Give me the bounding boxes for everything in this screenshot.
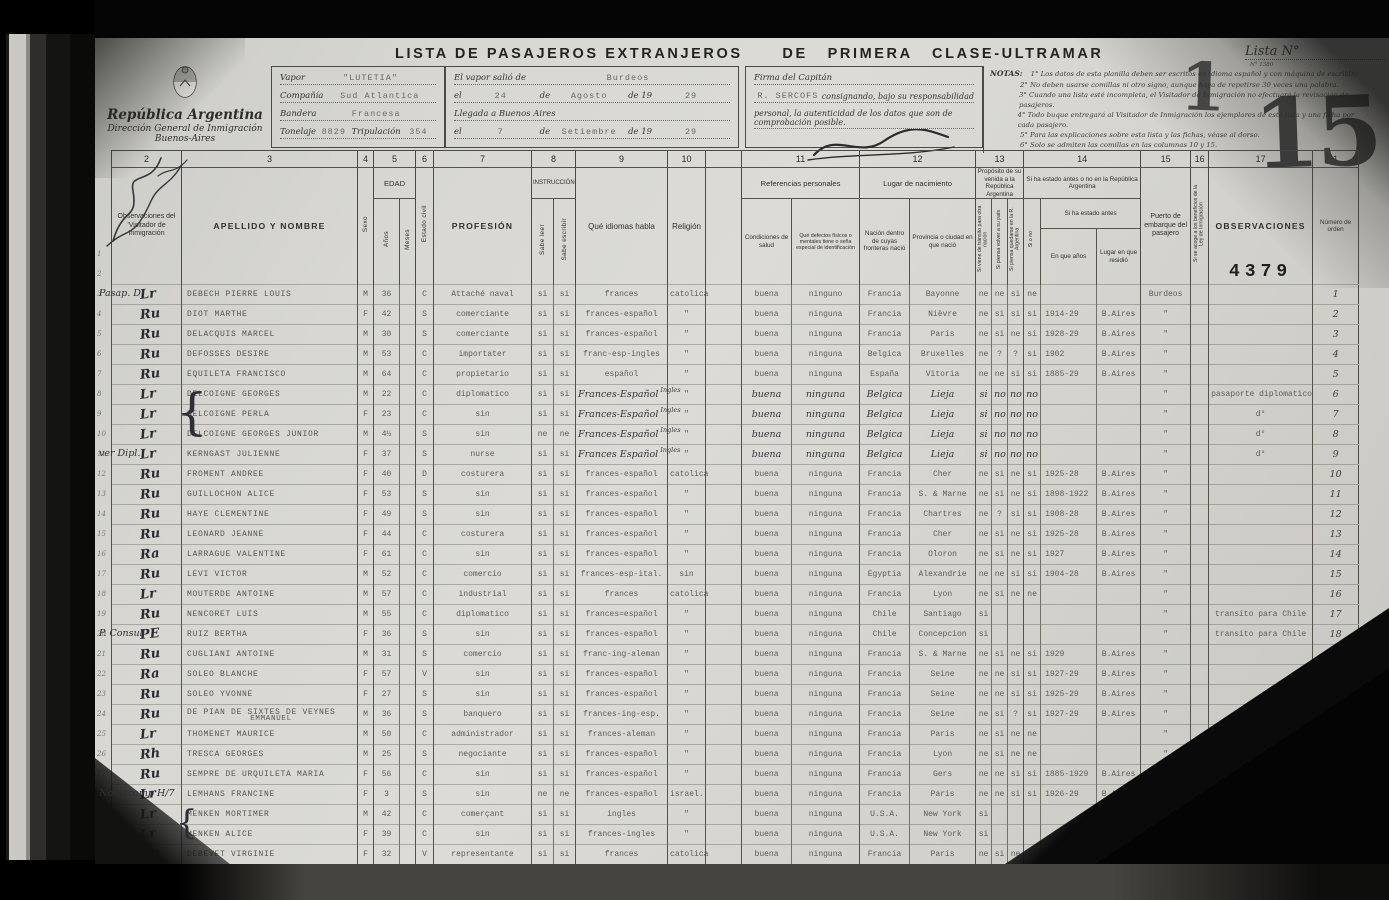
cell-anios: [1041, 285, 1097, 305]
cell-nac: Belgica: [860, 425, 910, 445]
cell-sex: F: [358, 485, 374, 505]
cell-b: ne: [992, 285, 1008, 305]
cell-prov: Paris: [910, 325, 976, 345]
cell-lee: si: [532, 645, 554, 665]
cell-ord: [1313, 785, 1359, 805]
cell-name: DELCOIGNE GEORGES JUNIOR: [182, 425, 358, 445]
cell-obs: [1209, 525, 1313, 545]
cell-mark: Ru: [112, 325, 182, 345]
cell-sex: F: [358, 685, 374, 705]
cell-mark: Ru: [112, 605, 182, 625]
cell-b: [992, 625, 1008, 645]
cell-d14: si: [1024, 785, 1041, 805]
cell-a: ne: [976, 565, 992, 585]
cell-idi: frances-español: [576, 465, 668, 485]
cell-idi: frances-esp-ital.: [576, 565, 668, 585]
cell-sex: F: [358, 845, 374, 865]
cell-c16: [1191, 405, 1209, 425]
cell-name: DEBECH PIERRE LOUIS: [182, 285, 358, 305]
cell-civil: C: [416, 805, 434, 825]
cell-name: DIOT MARTHE: [182, 305, 358, 325]
cell-c: no: [1008, 445, 1024, 465]
cell-rel: ": [668, 665, 706, 685]
cell-esc: si: [554, 345, 576, 365]
cell-pto: ": [1141, 405, 1191, 425]
cell-obs: [1209, 725, 1313, 745]
bandera-label: Bandera: [280, 109, 316, 119]
cell-c16: [1191, 465, 1209, 485]
cell-ord: 6: [1313, 385, 1359, 405]
col-sexo: Sexo: [358, 168, 374, 285]
cell-a: ne: [976, 785, 992, 805]
cell-anos: 25: [374, 745, 400, 765]
cell-esc: si: [554, 645, 576, 665]
cell-b: [992, 605, 1008, 625]
col-idiomas: Qué idiomas habla: [576, 168, 668, 285]
visitor-mark: Ru: [139, 506, 161, 523]
cell-ord: 16: [1313, 585, 1359, 605]
passenger-row: RuDELACQUIS MARCELM30Scomerciantesisifra…: [112, 325, 1359, 345]
cell-pto: ": [1141, 465, 1191, 485]
cell-c: ne: [1008, 525, 1024, 545]
cell-ord: 15: [1313, 565, 1359, 585]
cell-anios: [1041, 405, 1097, 425]
cell-a: si: [976, 825, 992, 845]
cell-idi: frances-español: [576, 505, 668, 525]
cell-prof: sin: [434, 625, 532, 645]
cell-def: ninguna: [792, 385, 860, 405]
cell-rel: catolica: [668, 585, 706, 605]
voyage-info-box: El vapor salió deBurdeos el24deAgostode …: [445, 66, 739, 148]
cell-meses: [400, 805, 416, 825]
cell-idi: frances-español: [576, 485, 668, 505]
cell-b: no: [992, 445, 1008, 465]
cell-prov: Seine: [910, 705, 976, 725]
cell-prof: sin: [434, 785, 532, 805]
cell-mark: Ru: [112, 365, 182, 385]
cell-pto: ": [1141, 725, 1191, 745]
cell-obs: [1209, 305, 1313, 325]
cell-anios: 1927-29: [1041, 705, 1097, 725]
cell-ord: 19: [1313, 645, 1359, 665]
cell-rel: ": [668, 685, 706, 705]
cell-prof: comercio: [434, 565, 532, 585]
cell-prof: sin: [434, 665, 532, 685]
cell-d14: si: [1024, 565, 1041, 585]
cell-rel: ": [668, 745, 706, 765]
cell-ord: 8: [1313, 425, 1359, 445]
cell-def: ninguna: [792, 665, 860, 685]
cell-lee: si: [532, 625, 554, 645]
col-proposito: Propósito de su venida a la República Ar…: [976, 168, 1024, 199]
cell-c16: [1191, 785, 1209, 805]
cell-nac: Chile: [860, 605, 910, 625]
cell-esc: si: [554, 765, 576, 785]
cell-c16: [1191, 705, 1209, 725]
cell-lee: si: [532, 485, 554, 505]
cell-def: ninguna: [792, 365, 860, 385]
cell-blank: [706, 425, 742, 445]
cell-lee: ne: [532, 785, 554, 805]
cell-mark: Ru: [112, 305, 182, 325]
cell-b: [992, 825, 1008, 845]
cell-pto: ": [1141, 705, 1191, 725]
cell-prof: comerciante: [434, 305, 532, 325]
visitor-mark: Ru: [139, 606, 161, 623]
cell-lugar: [1097, 425, 1141, 445]
cell-blank: [706, 625, 742, 645]
cell-civil: S: [416, 685, 434, 705]
cell-lugar: [1097, 745, 1141, 765]
cell-civil: C: [416, 525, 434, 545]
passenger-row: RuHAYE CLEMENTINEF49Ssinsisifrances-espa…: [112, 505, 1359, 525]
cell-prof: diplomatico: [434, 385, 532, 405]
cell-blank: [706, 705, 742, 725]
cell-name: MOUTERDE ANTOINE: [182, 585, 358, 605]
cell-prov: Seine: [910, 685, 976, 705]
cell-anos: 53: [374, 485, 400, 505]
cell-esc: si: [554, 365, 576, 385]
cell-name: DEBEVET VIRGINIE: [182, 845, 358, 865]
passenger-row: LrDELCOIGNE PERLAF23CsinsisiFrances-Espa…: [112, 405, 1359, 425]
cell-c: si: [1008, 785, 1024, 805]
cell-c16: [1191, 625, 1209, 645]
cell-lee: si: [532, 725, 554, 745]
cell-prof: costurera: [434, 525, 532, 545]
cell-pto: Burdeos: [1141, 285, 1191, 305]
cell-obs: [1209, 545, 1313, 565]
cell-c16: [1191, 765, 1209, 785]
cell-ord: [1313, 825, 1359, 845]
cell-sex: M: [358, 705, 374, 725]
cell-b: ne: [992, 565, 1008, 585]
cell-c: si: [1008, 665, 1024, 685]
cell-nac: Francia: [860, 645, 910, 665]
passenger-row: RuSEMPRE DE URQUILETA MARIAF56Csinsisifr…: [112, 765, 1359, 785]
cell-ord: 25: [1313, 765, 1359, 785]
cell-d14: si: [1024, 485, 1041, 505]
visitor-mark: Ru: [139, 466, 161, 483]
cell-def: ninguna: [792, 545, 860, 565]
cell-nac: Belgica: [860, 445, 910, 465]
cell-meses: [400, 385, 416, 405]
cell-pto: ": [1141, 825, 1191, 845]
cell-rel: ": [668, 625, 706, 645]
page-title: LISTA DE PASAJEROS EXTRANJEROS DE PRIMER…: [395, 46, 1095, 62]
cell-civil: S: [416, 745, 434, 765]
cell-meses: [400, 505, 416, 525]
passenger-row: RuEQUILETA FRANCISCOM64Cpropietariosisie…: [112, 365, 1359, 385]
cell-obs: [1209, 365, 1313, 385]
cell-salud: buena: [742, 645, 792, 665]
cell-blank: [706, 785, 742, 805]
cell-prof: importater: [434, 345, 532, 365]
cell-lugar: B.Aires: [1097, 685, 1141, 705]
cell-meses: [400, 365, 416, 385]
cell-esc: si: [554, 505, 576, 525]
cell-sex: M: [358, 365, 374, 385]
cell-c: si: [1008, 285, 1024, 305]
cell-civil: C: [416, 405, 434, 425]
cell-blank: [706, 445, 742, 465]
cell-rel: ": [668, 525, 706, 545]
cell-b: si: [992, 485, 1008, 505]
visitor-mark: Ru: [139, 306, 161, 323]
visitor-mark: Lr: [139, 426, 156, 443]
book-binding: [0, 0, 95, 900]
cell-b: si: [992, 465, 1008, 485]
cell-esc: ne: [554, 425, 576, 445]
cell-esc: si: [554, 445, 576, 465]
cell-b: no: [992, 385, 1008, 405]
cell-lugar: B.Aires: [1097, 665, 1141, 685]
cell-meses: [400, 545, 416, 565]
visitor-mark: Ra: [139, 546, 160, 563]
cell-prov: Chartres: [910, 505, 976, 525]
cell-prov: Seine: [910, 665, 976, 685]
cell-rel: ": [668, 605, 706, 625]
passenger-row: RhTRESCA GEORGESM25Snegociantesisifrance…: [112, 745, 1359, 765]
cell-prov: Cher: [910, 465, 976, 485]
cell-rel: ": [668, 805, 706, 825]
cell-salud: buena: [742, 385, 792, 405]
cell-lee: si: [532, 525, 554, 545]
cell-nac: Francia: [860, 745, 910, 765]
cell-lee: si: [532, 285, 554, 305]
cell-prov: Concepcion: [910, 625, 976, 645]
cell-lee: si: [532, 665, 554, 685]
cell-ord: 5: [1313, 365, 1359, 385]
cell-c: ne: [1008, 645, 1024, 665]
cell-rel: ": [668, 545, 706, 565]
cell-mark: ver Dipl.Lr: [112, 445, 182, 465]
cell-pto: ": [1141, 485, 1191, 505]
cell-a: si: [976, 405, 992, 425]
cell-lee: si: [532, 305, 554, 325]
cell-nac: España: [860, 365, 910, 385]
cell-blank: [706, 385, 742, 405]
passenger-row: LrTHOMENET MAURICEM50Cadministradorsisif…: [112, 725, 1359, 745]
visitor-mark: Ru: [139, 326, 161, 343]
cell-nac: Chile: [860, 625, 910, 645]
cell-obs: [1209, 345, 1313, 365]
cell-blank: [706, 485, 742, 505]
cell-nac: Francia: [860, 505, 910, 525]
cell-c: ne: [1008, 845, 1024, 865]
cell-ord: 24: [1313, 745, 1359, 765]
cell-sex: M: [358, 645, 374, 665]
captain-name: R. SERCOFS: [754, 91, 822, 101]
cell-prof: diplomatico: [434, 605, 532, 625]
cell-name: CUGLIANI ANTOINE: [182, 645, 358, 665]
cell-pto: ": [1141, 445, 1191, 465]
cell-meses: [400, 645, 416, 665]
cell-blank: [706, 585, 742, 605]
visitor-mark: Ru: [139, 846, 161, 863]
cell-def: ninguna: [792, 825, 860, 845]
cell-obs: [1209, 325, 1313, 345]
cell-prof: sin: [434, 485, 532, 505]
cell-obs: [1209, 465, 1313, 485]
cell-d14: si: [1024, 525, 1041, 545]
cell-civil: C: [416, 365, 434, 385]
cell-anios: 1904-28: [1041, 565, 1097, 585]
cell-anios: [1041, 445, 1097, 465]
passenger-row: RuDIOT MARTHEF42Scomerciantesisifrances-…: [112, 305, 1359, 325]
cell-meses: [400, 425, 416, 445]
cell-anios: [1041, 385, 1097, 405]
cell-c: si: [1008, 765, 1024, 785]
cell-salud: buena: [742, 725, 792, 745]
cell-civil: S: [416, 325, 434, 345]
col-nacimiento: Lugar de nacimiento: [860, 168, 976, 199]
cell-b: no: [992, 425, 1008, 445]
cell-prov: Lyon: [910, 745, 976, 765]
passenger-row: ver Dipl.LrKERNGAST JULIENNEF37Snursesis…: [112, 445, 1359, 465]
passenger-row: RuDE PIAN DE SIXTES DE VEYNESEMMANUELM36…: [112, 705, 1359, 725]
cell-mark: P. Consul -PE: [112, 625, 182, 645]
cell-lugar: B.Aires: [1097, 845, 1141, 865]
cell-d14: no: [1024, 405, 1041, 425]
passenger-row: RuDEBEVET VIRGINIEF32Vrepresentantesisif…: [112, 845, 1359, 865]
cell-meses: [400, 605, 416, 625]
cell-ord: 10: [1313, 465, 1359, 485]
visitor-mark: Lr: [139, 726, 156, 743]
visitor-mark: Ru: [139, 706, 161, 723]
cell-anos: 22: [374, 385, 400, 405]
cell-sex: F: [358, 625, 374, 645]
cell-lee: ne: [532, 425, 554, 445]
cell-mark: Ru: [112, 525, 182, 545]
cell-esc: si: [554, 605, 576, 625]
cell-name: DELACQUIS MARCEL: [182, 325, 358, 345]
cell-c: ?: [1008, 705, 1024, 725]
cell-nac: Francia: [860, 845, 910, 865]
cell-c16: [1191, 745, 1209, 765]
cell-lee: si: [532, 465, 554, 485]
cell-nac: U.S.A.: [860, 825, 910, 845]
cell-lugar: B.Aires: [1097, 505, 1141, 525]
cell-lugar: [1097, 605, 1141, 625]
cell-d14: [1024, 805, 1041, 825]
cell-anos: 40: [374, 465, 400, 485]
cell-c16: [1191, 565, 1209, 585]
cell-anios: 1885-1929: [1041, 765, 1097, 785]
cell-idi: frances-español: [576, 625, 668, 645]
cell-anios: 1925-29: [1041, 685, 1097, 705]
cell-meses: [400, 725, 416, 745]
cell-prof: industrial: [434, 585, 532, 605]
cell-prov: Gers: [910, 765, 976, 785]
cell-ord: 2: [1313, 305, 1359, 325]
cell-c: no: [1008, 385, 1024, 405]
cell-esc: si: [554, 825, 576, 845]
cell-b: si: [992, 525, 1008, 545]
cell-c16: [1191, 845, 1209, 865]
cell-name: DE PIAN DE SIXTES DE VEYNESEMMANUEL: [182, 705, 358, 725]
cell-a: ne: [976, 545, 992, 565]
visitor-mark: Ru: [139, 686, 161, 703]
cell-pto: ": [1141, 345, 1191, 365]
cell-meses: [400, 685, 416, 705]
cell-civil: C: [416, 725, 434, 745]
cell-rel: israel.: [668, 785, 706, 805]
cell-obs: [1209, 505, 1313, 525]
cell-obs: pasaporte diplomatico: [1209, 385, 1313, 405]
cell-rel: ": [668, 725, 706, 745]
cell-c: ne: [1008, 545, 1024, 565]
cell-salud: buena: [742, 465, 792, 485]
passenger-row: {LrMENKEN MORTIMERM42Ccomerçantsisiingle…: [112, 805, 1359, 825]
cell-nac: Francia: [860, 285, 910, 305]
cell-blank: [706, 825, 742, 845]
vapor-value: "LUTETIA": [305, 73, 436, 83]
cell-nac: Francia: [860, 325, 910, 345]
cell-nac: Francia: [860, 685, 910, 705]
cell-rel: ": [668, 425, 706, 445]
family-brace: {: [176, 803, 198, 843]
cell-def: ninguna: [792, 785, 860, 805]
cell-salud: buena: [742, 445, 792, 465]
cell-sex: F: [358, 525, 374, 545]
cell-esc: si: [554, 325, 576, 345]
cell-civil: V: [416, 665, 434, 685]
cell-c: no: [1008, 405, 1024, 425]
cell-sex: F: [358, 765, 374, 785]
cell-rel: ": [668, 345, 706, 365]
cell-idi: Frances-EspañolIngles: [576, 385, 668, 405]
compania-label: Compañía: [280, 91, 323, 101]
cell-civil: C: [416, 285, 434, 305]
col-instruccion: INSTRUCCIÓN: [532, 168, 576, 199]
col-religion: Religión: [668, 168, 706, 285]
cell-meses: [400, 665, 416, 685]
cell-c16: [1191, 645, 1209, 665]
cell-blank: [706, 565, 742, 585]
cell-lugar: [1097, 285, 1141, 305]
cell-prof: representante: [434, 845, 532, 865]
cell-prof: banquero: [434, 705, 532, 725]
passenger-row: P. Consul -PERUIZ BERTHAF36Ssinsisifranc…: [112, 625, 1359, 645]
cell-mark: {Lr: [112, 385, 182, 405]
cell-salud: buena: [742, 425, 792, 445]
cell-salud: buena: [742, 325, 792, 345]
cell-nac: Belgica: [860, 385, 910, 405]
cell-civil: S: [416, 305, 434, 325]
cell-mark: Ru: [112, 765, 182, 785]
cell-def: ninguna: [792, 585, 860, 605]
cell-lee: si: [532, 765, 554, 785]
cell-blank: [706, 505, 742, 525]
cell-pto: ": [1141, 505, 1191, 525]
cell-anios: 1925-28: [1041, 525, 1097, 545]
cell-obs: d°: [1209, 405, 1313, 425]
cell-d14: si: [1024, 645, 1041, 665]
dia-llegada: 7: [462, 127, 540, 137]
firma-label: Firma del Capitán: [754, 73, 832, 83]
cell-meses: [400, 845, 416, 865]
passenger-row: RuSOLEO YVONNEF27Ssinsisifrances-español…: [112, 685, 1359, 705]
cell-idi: frances-español: [576, 785, 668, 805]
cell-salud: buena: [742, 485, 792, 505]
margin-note: ver Dipl.: [99, 448, 140, 459]
cell-anios: 1938: [1041, 845, 1097, 865]
cell-mark: Ru: [112, 845, 182, 865]
ship-info-box: Vapor"LUTETIA" CompañíaSud Atlantica Ban…: [271, 66, 445, 148]
cell-meses: [400, 465, 416, 485]
cell-pto: ": [1141, 425, 1191, 445]
cell-blank: [706, 305, 742, 325]
